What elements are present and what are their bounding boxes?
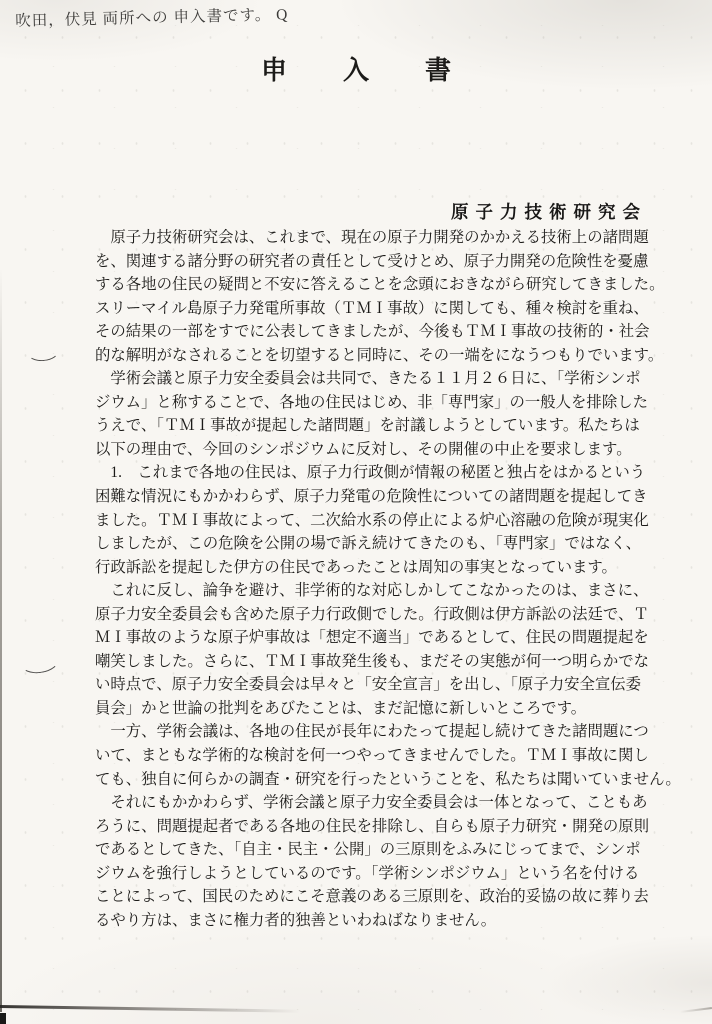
body-line: ろうに、問題提起者である各地の住民を排除し、自らも原子力研究・開発の原則 (95, 815, 695, 839)
body-line: しましたが、この危険を公開の場で訴え続けてきたのも、「専門家」ではなく、 (95, 532, 695, 556)
paper-edge-shadow (0, 268, 2, 1012)
body-line: ことによって、国民のためにこそ意義のある三原則を、政治的妥協の故に葬り去 (95, 885, 695, 909)
body-line: 一方、学術会議は、各地の住民が長年にわたって提起し続けてきた諸問題につ (95, 720, 695, 744)
paper-edge-line (0, 1005, 300, 1013)
punch-hole-mark (26, 341, 60, 363)
body-line: ジウム」と称することで、各地の住民はじめ、非「専門家」の一般人を排除した (95, 391, 695, 415)
sender-name: 原子力技術研究会 (451, 199, 647, 224)
body-line: い時点で、原子力安全委員会は早々と「安全宣言」を出し、「原子力安全宣伝委 (95, 673, 695, 697)
body-line: 困難な情況にもかかわらず、原子力発電の危険性についての諸問題を提起してき (95, 485, 695, 509)
body-line: うえで、「ＴＭＩ事故が提起した諸問題」を討議しようとしています。私たちは (95, 414, 695, 438)
body-line: 嘲笑しました。さらに、ＴＭＩ事故発生後も、まだその実態が何一つ明らかでな (95, 650, 695, 674)
body-line: 員会」かと世論の批判をあびたことは、まだ記憶に新しいところです。 (95, 697, 695, 721)
body-line: 1. これまで各地の住民は、原子力行政側が情報の秘匿と独占をはかるという (95, 461, 695, 485)
body-line: ても、独自に何らかの調査・研究を行ったということを、私たちは聞いていません。 (95, 768, 695, 792)
body-line: 行政訴訟を提起した伊方の住民であったことは周知の事実となっています。 (95, 556, 695, 580)
punch-hole-mark (19, 647, 61, 675)
body-line: これに反し、論争を避け、非学術的な対応しかしてこなかったのは、まさに、 (95, 579, 695, 603)
body-line: スリーマイル島原子力発電所事故（ＴＭＩ事故）に関しても、種々検討を重ね、 (95, 297, 695, 321)
body-line: ＭＩ事故のような原子炉事故は「想定不適当」であるとして、住民の問題提起を (95, 626, 695, 650)
body-line: を、関連する諸分野の研究者の責任として受けとめ、原子力開発の危険性を憂慮 (95, 250, 695, 274)
body-line: であるとしてきた、「自主・民主・公開」の三原則をふみにじってまで、シンポ (95, 838, 695, 862)
body-line: るやり方は、まさに権力者的独善といわねばなりません。 (95, 909, 695, 933)
body-line: 原子力安全委員会も含めた原子力行政側でした。行政側は伊方訴訟の法廷で、Ｔ (95, 603, 695, 627)
body-line: する各地の住民の疑問と不安に答えることを念頭におきながら研究してきました。 (95, 273, 695, 297)
body-line: 学術会議と原子力安全委員会は共同で、きたる１１月２６日に、「学術シンポ (95, 367, 695, 391)
body-line: ました。ＴＭＩ事故によって、二次給水系の停止による炉心溶融の危険が現実化 (95, 509, 695, 533)
handwritten-note: 吹田，伏見 両所への 申入書です。 Q (15, 2, 289, 31)
body-line: それにもかかわらず、学術会議と原子力安全委員会は一体となって、こともあ (95, 791, 695, 815)
scanned-document-page: 吹田，伏見 両所への 申入書です。 Q 申入書 原子力技術研究会 原子力技術研究… (0, 0, 712, 1024)
body-line: その結果の一部をすでに公表してきましたが、今後もＴＭＩ事故の技術的・社会 (95, 320, 695, 344)
scan-corner-artifact (0, 1013, 6, 1024)
body-line: 以下の理由で、今回のシンポジウムに反対し、その開催の中止を要求します。 (95, 438, 695, 462)
scan-edge-artifact (680, 1007, 712, 1013)
body-line: ジウムを強行しようとしているのです。「学術シンポジウム」という名を付ける (95, 862, 695, 886)
body-line: 原子力技術研究会は、これまで、現在の原子力開発のかかえる技術上の諸問題 (95, 226, 695, 250)
body-line: 的な解明がなされることを切望すると同時に、その一端をになうつもりでいます。 (95, 344, 695, 368)
document-body: 原子力技術研究会は、これまで、現在の原子力開発のかかえる技術上の諸問題 を、関連… (95, 226, 695, 932)
page-title: 申入書 (0, 50, 712, 87)
body-line: いて、まともな学術的な検討を何一つやってきませんでした。ＴＭＩ事故に関し (95, 744, 695, 768)
